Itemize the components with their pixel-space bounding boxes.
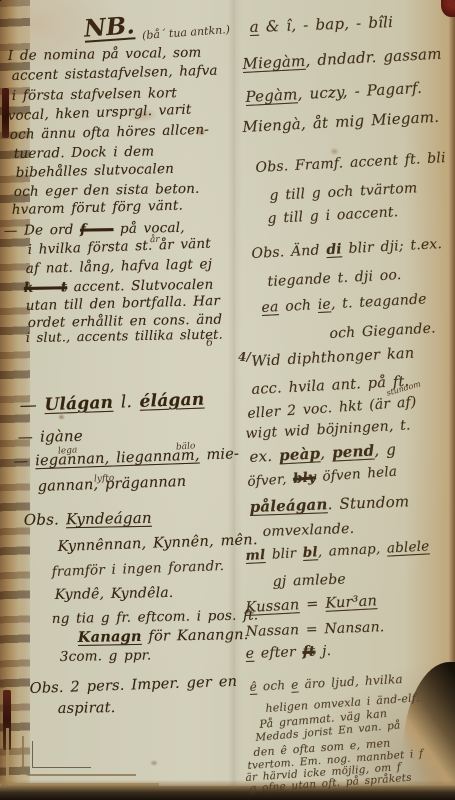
manuscript-line: e efter ft j. — [245, 643, 331, 662]
ruled-frame-corner — [32, 741, 91, 768]
annotation: bälo — [176, 441, 196, 452]
page-title: NB. — [83, 10, 135, 42]
annotation: lyfto — [94, 473, 115, 484]
manuscript-line: 3com. g ppr. — [60, 647, 152, 665]
annotation: lega — [58, 445, 78, 456]
manuscript-line: — igàne — [18, 427, 83, 446]
manuscript-line: Obs. Kyndeágan — [24, 509, 152, 529]
manuscript-photo: NB. (bå´ tua antkn.) I de nomina på voca… — [0, 0, 455, 800]
manuscript-line: I de nomina på vocal, som — [8, 45, 202, 64]
manuscript-line: gj amlebe — [272, 571, 346, 590]
table-edge — [0, 786, 455, 800]
manuscript-line: Kyndê, Kyndêla. — [55, 585, 174, 603]
manuscript-line: Kanagn för Kanangn. — [78, 626, 249, 646]
annotation: år — [150, 235, 160, 245]
manuscript-line: omvexlande. — [262, 521, 354, 540]
manuscript-line: aspirat. — [58, 700, 116, 717]
annotation: 6 — [206, 336, 213, 349]
manuscript-line: tuerad. Dock i dem — [14, 144, 155, 162]
manuscript-line: i första stafvelsen kort — [12, 85, 177, 104]
annotation: 4/ — [238, 350, 251, 364]
